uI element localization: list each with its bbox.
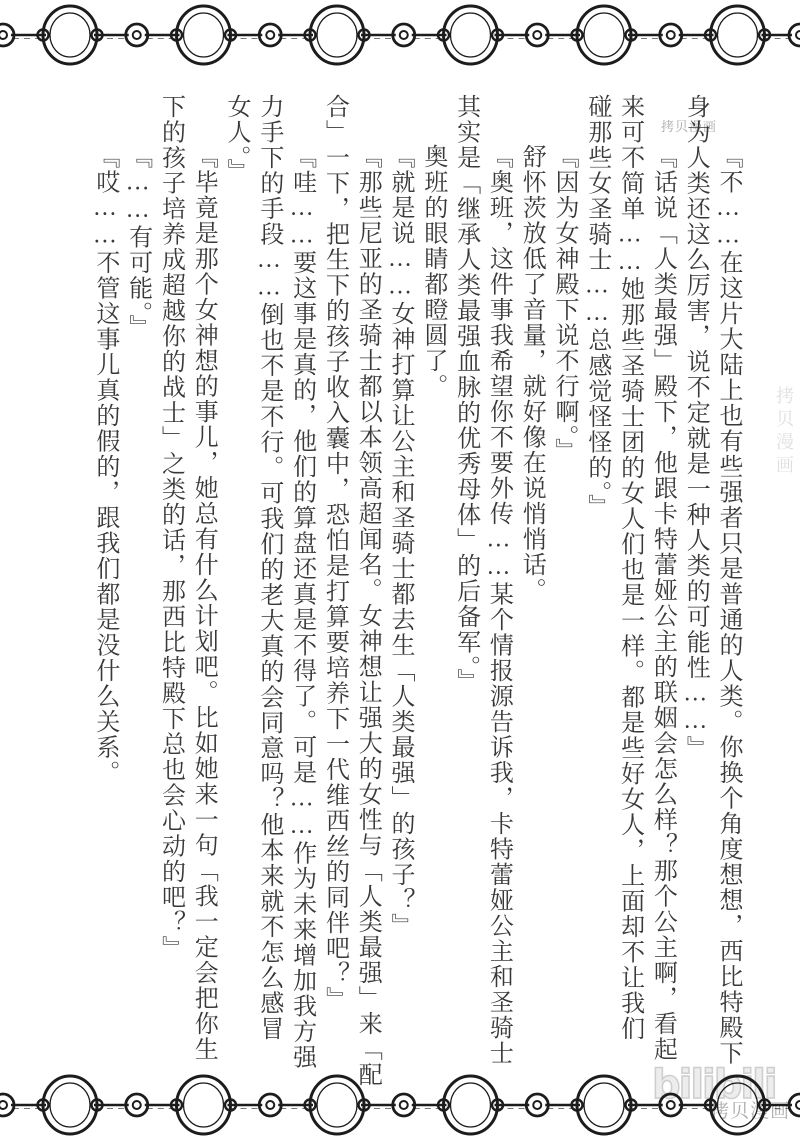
text-column: 『话说「人类最强」殿下，他跟卡特蕾娅公主的联姻会怎么样？那个公主啊，看起	[646, 94, 679, 1090]
text-column: 『因为女神殿下说不行啊。』	[547, 94, 580, 1090]
text-column: 力手下的手段……倒也不是不行。可我们的老大真的会同意吗？他本来就不怎么感冒	[252, 94, 285, 1090]
text-column: 『哎……不管这事儿真的假的，跟我们都是没什么关系。	[88, 94, 121, 1090]
text-column: 『就是说……女神打算让公主和圣骑士都去生「人类最强」的孩子？』	[383, 94, 416, 1090]
text-column: 女人。』	[219, 94, 252, 1090]
chain-border-top	[0, 4, 800, 66]
text-column: 『奥班，这件事我希望你不要外传……某个情报源告诉我，卡特蕾娅公主和圣骑士	[482, 94, 515, 1090]
text-column: 『哇……要这事是真的，他们的算盘还真是不得了。可是……作为未来增加我方强	[285, 94, 318, 1090]
text-column: 舒怀茨放低了音量，就好像在说悄悄话。	[514, 94, 547, 1090]
chain-border-bottom	[0, 1074, 800, 1136]
text-column: 『那些尼亚的圣骑士都以本领高超闻名。女神想让强大的女性与「人类最强」来「配	[350, 94, 383, 1090]
novel-text: 『不……在这片大陆上也有些强者只是普通的人类。你换个角度想想，西比特殿下身为人类…	[88, 94, 744, 1090]
text-column: 身为人类还这么厉害，说不定就是一种人类的可能性……』	[678, 94, 711, 1090]
novel-page: 拷贝漫画 『不……在这片大陆上也有些强者只是普通的人类。你换个角度想想，西比特殿…	[0, 0, 800, 1138]
text-column: 『毕竟是那个女神想的事儿，她总有什么计划吧。比如她来一句「我一定会把你生	[186, 94, 219, 1090]
watermark-side: 拷贝漫画	[771, 386, 797, 478]
text-column: 奥班的眼睛都瞪圆了。	[416, 94, 449, 1090]
text-column: 其实是「继承人类最强血脉的优秀母体」的后备军。』	[449, 94, 482, 1090]
text-column: 合」一下，把生下的孩子收入囊中，恐怕是打算要培养下一代维西丝的同伴吧？』	[318, 94, 351, 1090]
text-column: 『……有可能。』	[121, 94, 154, 1090]
text-column: 来可不简单……她那些圣骑士团的女人们也是一样。都是些好女人，上面却不让我们	[613, 94, 646, 1090]
text-column: 碰那些女圣骑士……总感觉怪怪的。』	[580, 94, 613, 1090]
text-column: 『不……在这片大陆上也有些强者只是普通的人类。你换个角度想想，西比特殿下	[711, 94, 744, 1090]
text-column: 下的孩子培养成超越你的战士」之类的话，那西比特殿下总也会心动的吧？』	[154, 94, 187, 1090]
